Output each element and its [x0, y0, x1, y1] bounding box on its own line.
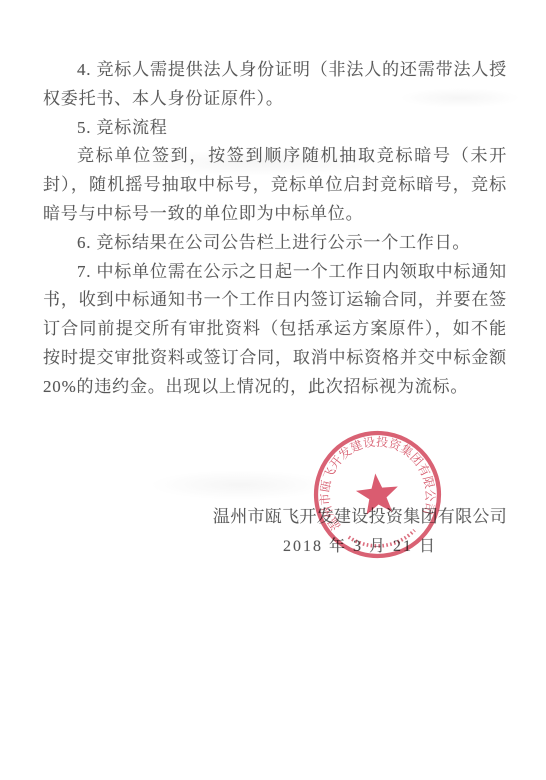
scanned-document-page: 4. 竞标人需提供法人身份证明（非法人的还需带法人授权委托书、本人身份证原件）。…	[0, 0, 546, 780]
scan-smudge	[150, 470, 330, 500]
paragraph: 5. 竞标流程	[43, 114, 507, 143]
paragraph: 6. 竞标结果在公司公告栏上进行公示一个工作日。	[43, 229, 507, 258]
paragraph: 竞标单位签到，按签到顺序随机抽取竞标暗号（未开封），随机摇号抽取中标号，竞标单位…	[43, 142, 507, 228]
paragraph: 7. 中标单位需在公示之日起一个工作日内领取中标通知书，收到中标通知书一个工作日…	[43, 258, 507, 402]
document-body-text: 4. 竞标人需提供法人身份证明（非法人的还需带法人授权委托书、本人身份证原件）。…	[43, 56, 507, 402]
paragraph: 4. 竞标人需提供法人身份证明（非法人的还需带法人授权委托书、本人身份证原件）。	[43, 56, 507, 114]
signature-block: 温州市瓯飞开发建设投资集团有限公司 2018 年 3 月 21 日	[213, 502, 507, 562]
company-name: 温州市瓯飞开发建设投资集团有限公司	[213, 502, 507, 532]
signature-date: 2018 年 3 月 21 日	[213, 532, 507, 562]
